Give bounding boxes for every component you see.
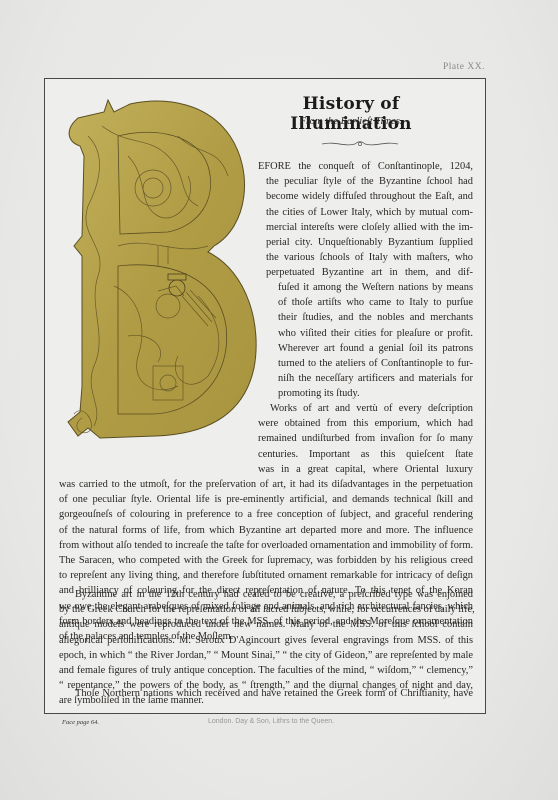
text-line: who viſited their cities for pleaſure or… <box>278 326 473 341</box>
text-line: antique models were reproduced under new… <box>59 617 473 632</box>
paragraph-1: EFORE the conqueſt of Conſtantinople, 12… <box>258 159 473 250</box>
text-line: niſh the neceſſary artificers and materi… <box>278 371 473 386</box>
text-line: the cities of Lower Italy, which by mutu… <box>258 205 473 220</box>
page-title: History of Illumination <box>256 94 446 134</box>
text-line: promoting its ſtudy. <box>278 386 473 401</box>
text-line: of one peculiar ſtyle. Oriental life is … <box>59 492 473 507</box>
paragraph-2: Works of art and vertù of every deſcript… <box>258 401 473 477</box>
text-line: become widely diffuſed throughout the Ea… <box>258 189 473 204</box>
text-line: EFORE the conqueſt of Conſtantinople, 12… <box>258 159 473 174</box>
text-line: Thoſe Northern nations which received an… <box>59 686 473 701</box>
text-line: remained undiſturbed from invaſion for ſ… <box>258 431 473 446</box>
page: Plate XX. <box>0 0 558 800</box>
plate-label: Plate XX. <box>443 62 485 72</box>
text-line: The Saracen, who competed with the Greek… <box>59 553 473 568</box>
text-line: of the natural forms of life, from which… <box>59 523 473 538</box>
text-line: the peculiar ſtyle of the Byzantine ſcho… <box>258 174 473 189</box>
paragraph-1-cont: the various ſchools of Italy with maſter… <box>266 250 473 280</box>
text-line: gorgeouſneſs of colouring in preference … <box>59 507 473 522</box>
illuminated-initial-b-icon <box>58 96 258 440</box>
flourish-ornament-icon <box>320 139 400 149</box>
paragraph-1-cont2: fuſed it among the Weſtern nations by me… <box>278 280 473 402</box>
text-line: allegorical perſonifications. M. Seroux … <box>59 633 473 648</box>
text-line: turned to the ateliers of Conſtantinople… <box>278 356 473 371</box>
text-line: their ſtudies, and the nobles and mercha… <box>278 310 473 325</box>
text-line: epoch, in which “ the River Jordan,” “ M… <box>59 648 473 663</box>
text-line: were obtained from this emporium, which … <box>258 416 473 431</box>
text-line: the various ſchools of Italy with maſter… <box>266 250 473 265</box>
text-line: Byzantine art in the 12th century had ce… <box>59 587 473 602</box>
text-line: fuſed it among the Weſtern nations by me… <box>278 280 473 295</box>
paragraph-4: Thoſe Northern nations which received an… <box>59 686 473 701</box>
text-line: of thoſe artiſts who came to Italy to pu… <box>278 295 473 310</box>
text-line: Works of art and vertù of every deſcript… <box>258 401 473 416</box>
face-page-note: Face page 64. <box>62 719 99 726</box>
text-line: was carried to the utmoſt, for the preſe… <box>59 477 473 492</box>
text-line: by the Greek Church for the repreſentati… <box>59 602 473 617</box>
text-line: Wherever art found a genial ſoil its pat… <box>278 341 473 356</box>
text-line: perial city. Unqueſtionably Byzantium ſu… <box>258 235 473 250</box>
page-subtitle: From the Earlieſt Times. <box>256 116 446 127</box>
text-line: was in a great capital, where Oriental l… <box>258 462 473 477</box>
text-line: and female figures of truly antique conc… <box>59 663 473 678</box>
text-line: centuries. Important as this quieſcent ſ… <box>258 447 473 462</box>
text-line: from without alſo tended to increaſe the… <box>59 538 473 553</box>
printer-imprint: London. Day & Son, Lithrs to the Queen. <box>208 718 334 725</box>
text-line: to repreſent any living thing, and there… <box>59 568 473 583</box>
text-line: mercial intereſts were cloſely allied wi… <box>258 220 473 235</box>
text-line: perpetuated Byzantine art in them, and d… <box>266 265 473 280</box>
